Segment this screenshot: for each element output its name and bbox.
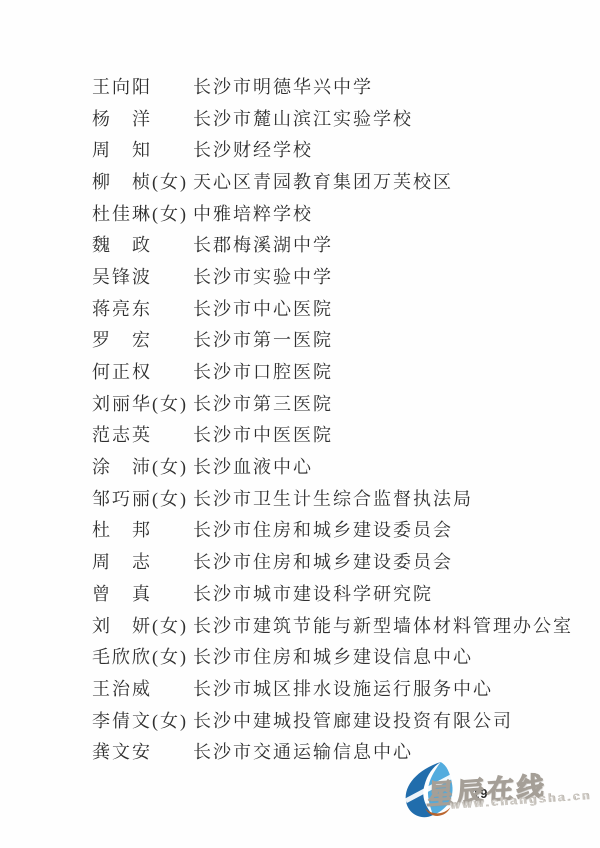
organization: 长沙中建城投管廊建设投资有限公司	[193, 707, 513, 733]
watermark: 星辰在线 www.changsha.cn	[402, 757, 600, 835]
person-name: 涂 沛(女)	[92, 453, 193, 479]
person-name: 刘丽华(女)	[92, 390, 193, 416]
list-row: 王治威长沙市城区排水设施运行服务中心	[92, 672, 573, 704]
list-row: 邹巧丽(女)长沙市卫生计生综合监督执法局	[92, 482, 573, 514]
organization: 长沙血液中心	[193, 453, 313, 479]
list-row: 杨 洋长沙市麓山滨江实验学校	[92, 102, 573, 134]
list-row: 周 志长沙市住房和城乡建设委员会	[92, 545, 573, 577]
organization: 长沙财经学校	[193, 136, 313, 162]
organization: 长沙市麓山滨江实验学校	[193, 105, 413, 131]
list-row: 柳 桢(女)天心区青园教育集团万芙校区	[92, 165, 573, 197]
person-name: 王治威	[92, 675, 193, 701]
organization: 长沙市明德华兴中学	[193, 73, 373, 99]
organization: 长沙市城区排水设施运行服务中心	[193, 675, 493, 701]
person-name: 柳 桢(女)	[92, 168, 193, 194]
person-name: 刘 妍(女)	[92, 612, 193, 638]
person-name: 周 知	[92, 136, 193, 162]
list-row: 涂 沛(女)长沙血液中心	[92, 450, 573, 482]
list-row: 蒋亮东长沙市中心医院	[92, 292, 573, 324]
list-row: 曾 真长沙市城市建设科学研究院	[92, 577, 573, 609]
list-row: 何正权长沙市口腔医院	[92, 355, 573, 387]
person-name: 周 志	[92, 548, 193, 574]
person-name: 毛欣欣(女)	[92, 643, 193, 669]
person-name: 杜佳琳(女)	[92, 200, 193, 226]
organization: 长沙市建筑节能与新型墙体材料管理办公室	[193, 612, 573, 638]
list-row: 刘 妍(女)长沙市建筑节能与新型墙体材料管理办公室	[92, 609, 573, 641]
list-row: 吴锋波长沙市实验中学	[92, 260, 573, 292]
list-row: 范志英长沙市中医医院	[92, 419, 573, 451]
organization: 中雅培粹学校	[193, 200, 313, 226]
list-row: 魏 政长郡梅溪湖中学	[92, 228, 573, 260]
person-name: 罗 宏	[92, 326, 193, 352]
organization: 长沙市第一医院	[193, 326, 333, 352]
organization: 长沙市卫生计生综合监督执法局	[193, 485, 473, 511]
person-name: 龚文安	[92, 738, 193, 764]
list-row: 李倩文(女)长沙中建城投管廊建设投资有限公司	[92, 704, 573, 736]
document-page: 王向阳长沙市明德华兴中学杨 洋长沙市麓山滨江实验学校周 知长沙财经学校柳 桢(女…	[0, 0, 600, 848]
organization: 天心区青园教育集团万芙校区	[193, 168, 453, 194]
organization: 长沙市住房和城乡建设委员会	[193, 548, 453, 574]
list-row: 周 知长沙财经学校	[92, 133, 573, 165]
organization: 长沙市中医医院	[193, 421, 333, 447]
person-name: 王向阳	[92, 73, 193, 99]
person-name: 何正权	[92, 358, 193, 384]
organization: 长沙市实验中学	[193, 263, 333, 289]
organization: 长沙市中心医院	[193, 295, 333, 321]
organization: 长沙市交通运输信息中心	[193, 738, 413, 764]
list-row: 罗 宏长沙市第一医院	[92, 324, 573, 356]
person-name: 杨 洋	[92, 105, 193, 131]
person-name: 李倩文(女)	[92, 707, 193, 733]
organization: 长沙市住房和城乡建设委员会	[193, 516, 453, 542]
person-name: 邹巧丽(女)	[92, 485, 193, 511]
person-name: 吴锋波	[92, 263, 193, 289]
person-name: 曾 真	[92, 580, 193, 606]
organization: 长沙市住房和城乡建设信息中心	[193, 643, 473, 669]
organization: 长沙市口腔医院	[193, 358, 333, 384]
organization: 长郡梅溪湖中学	[193, 231, 333, 257]
list-row: 刘丽华(女)长沙市第三医院	[92, 387, 573, 419]
organization: 长沙市第三医院	[193, 390, 333, 416]
list-row: 毛欣欣(女)长沙市住房和城乡建设信息中心	[92, 640, 573, 672]
recipient-list: 王向阳长沙市明德华兴中学杨 洋长沙市麓山滨江实验学校周 知长沙财经学校柳 桢(女…	[92, 70, 573, 767]
list-row: 王向阳长沙市明德华兴中学	[92, 70, 573, 102]
person-name: 蒋亮东	[92, 295, 193, 321]
person-name: 魏 政	[92, 231, 193, 257]
person-name: 范志英	[92, 421, 193, 447]
list-row: 杜 邦长沙市住房和城乡建设委员会	[92, 514, 573, 546]
organization: 长沙市城市建设科学研究院	[193, 580, 433, 606]
person-name: 杜 邦	[92, 516, 193, 542]
list-row: 杜佳琳(女)中雅培粹学校	[92, 197, 573, 229]
